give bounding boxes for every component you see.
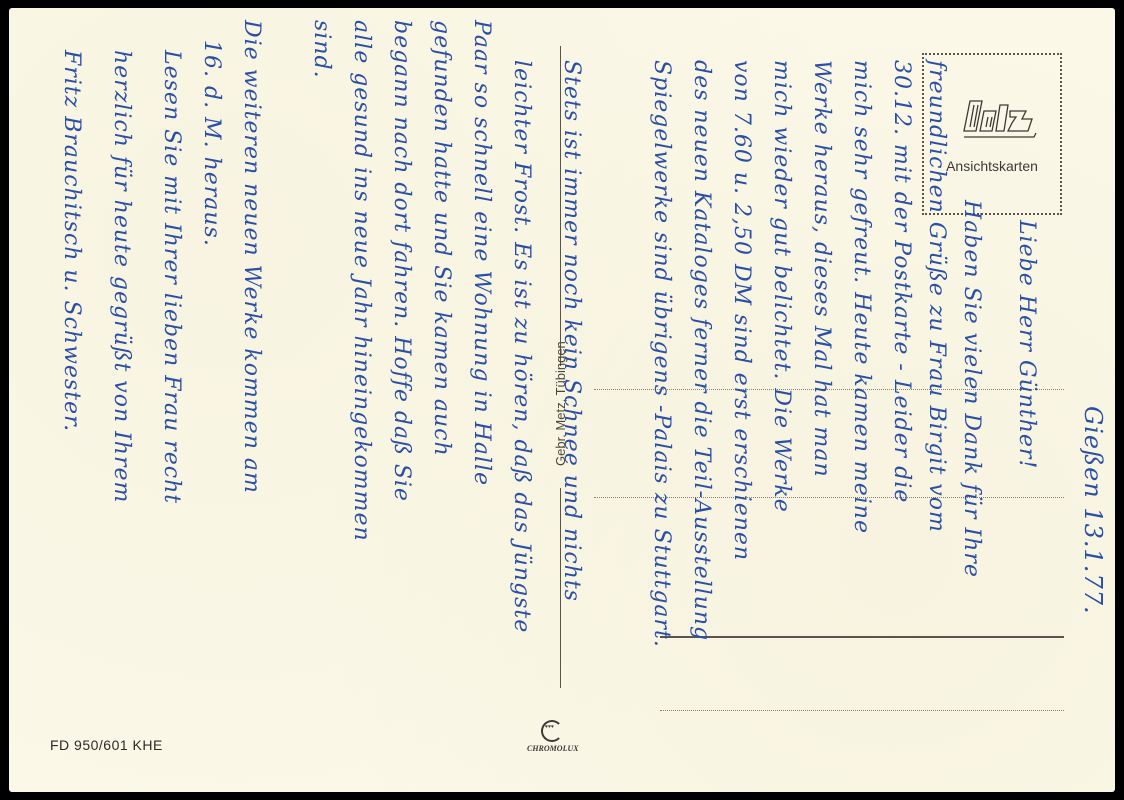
chromolux-mark: CHROMOLUX	[527, 720, 577, 766]
address-line-4	[660, 710, 1064, 711]
card-code: FD 950/601 KHE	[50, 737, 163, 753]
chromolux-logo-icon	[541, 720, 563, 742]
address-line-3	[660, 636, 1064, 638]
metz-logo-icon	[962, 97, 1038, 141]
postcard-back: Ansichtskarten Gebr. Metz, Tübingen FD 9…	[9, 8, 1115, 792]
